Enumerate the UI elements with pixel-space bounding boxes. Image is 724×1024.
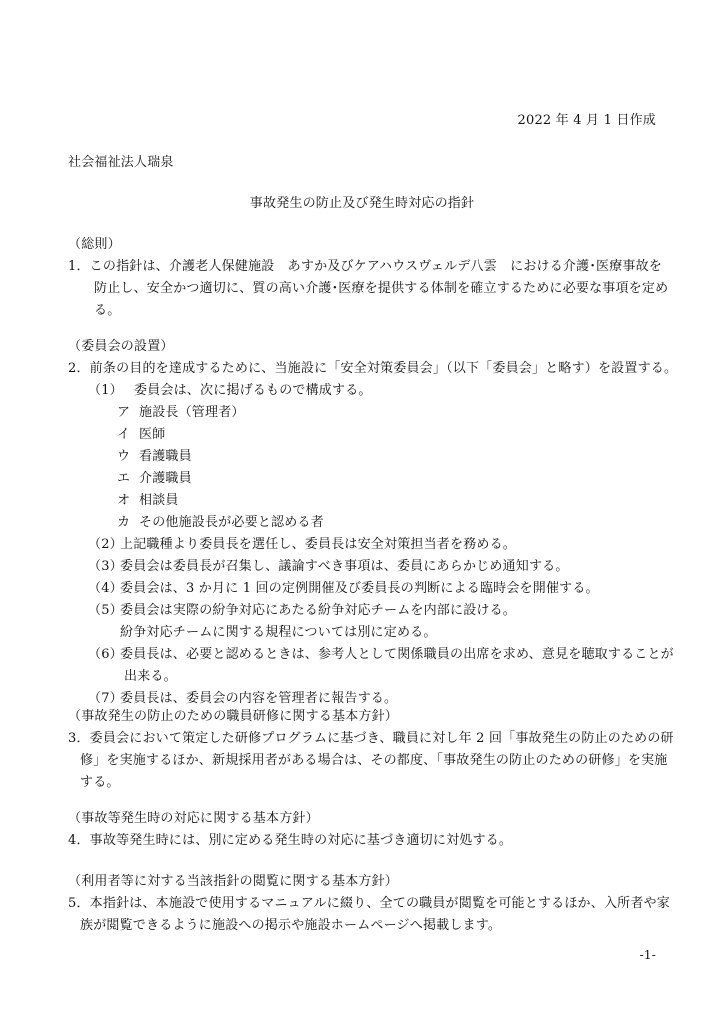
member-mark: イ (117, 427, 130, 443)
document-title: 事故発生の防止及び発生時対応の指針 (0, 196, 724, 212)
section-heading: （事故等発生時の対応に関する基本方針） (68, 811, 319, 827)
organization-name: 社会福祉法人瑞泉 (68, 155, 174, 171)
paragraph-line: 族が閲覧できるように施設への掲示や施設ホームページへ掲載します。 (80, 918, 501, 934)
item-label: （6） (88, 647, 123, 663)
member-text: 介護職員 (139, 471, 192, 487)
section-heading: （総則） (68, 237, 121, 253)
paragraph-line: 2．前条の目的を達成するために、当施設に「安全対策委員会」（以下「委員会」と略す… (68, 361, 677, 377)
member-mark: エ (117, 471, 130, 487)
member-mark: ア (117, 405, 130, 421)
paragraph-line: る。 (94, 303, 120, 319)
paragraph-line: 修」を実施するほか、新規採用者がある場合は、その都度、「事故発生の防止のための研… (80, 753, 668, 769)
item-text: 委員会は、3 か月に 1 回の定例開催及び委員長の判断による臨時会を開催する。 (120, 581, 599, 597)
member-mark: カ (117, 515, 130, 531)
member-mark: オ (117, 493, 130, 509)
member-text: 相談員 (139, 493, 179, 509)
member-mark: ウ (117, 449, 130, 465)
paragraph-line: 1．この指針は、介護老人保健施設 あすか及びケアハウスヴェルデ八雲 における介護… (68, 259, 662, 275)
paragraph-line: 防止し、安全かつ適切に、質の高い介護･医療を提供する体制を確立するために必要な事… (94, 281, 668, 297)
item-text: 委員会は、次に掲げるもので構成する。 (134, 383, 372, 399)
section-heading: （事故発生の防止のための職員研修に関する基本方針） (68, 709, 398, 725)
item-continuation: 出来る。 (124, 669, 177, 685)
item-text: 上記職種より委員長を選任し、委員長は安全対策担当者を務める。 (120, 537, 516, 553)
member-text: その他施設長が必要と認める者 (139, 515, 324, 531)
item-label: （4） (88, 581, 123, 597)
member-text: 看護職員 (139, 449, 192, 465)
item-text: 委員会は委員長が召集し、議論すべき事項は、委員にあらかじめ通知する。 (120, 559, 569, 575)
paragraph-line: する。 (80, 775, 120, 791)
item-text: 委員長は、委員会の内容を管理者に報告する。 (120, 691, 397, 707)
section-heading: （利用者等に対する当該指針の閲覧に関する基本方針） (68, 874, 398, 890)
item-continuation: 紛争対応チームに関する規程については別に定める。 (120, 625, 437, 641)
item-label: （3） (88, 559, 123, 575)
item-label: （1） (88, 383, 123, 399)
member-text: 施設長（管理者） (139, 405, 245, 421)
member-text: 医師 (139, 427, 165, 443)
paragraph-line: 3．委員会において策定した研修プログラムに基づき、職員に対し年 2 回「事故発生… (68, 731, 674, 747)
creation-date: 2022 年 4 月 1 日作成 (518, 113, 657, 129)
section-heading: （委員会の設置） (68, 339, 174, 355)
paragraph-line: 5．本指針は、本施設で使用するマニュアルに綴り、全ての職員が閲覧を可能とするほか… (68, 896, 670, 912)
item-text: 委員長は、必要と認めるときは、参考人として関係職員の出席を求め、意見を聴取するこ… (120, 647, 674, 663)
item-label: （7） (88, 691, 123, 707)
page-number: -1- (640, 947, 656, 963)
item-text: 委員会は実際の紛争対応にあたる紛争対応チームを内部に設ける。 (120, 603, 516, 619)
paragraph-line: 4．事故等発生時には、別に定める発生時の対応に基づき適切に対処する。 (68, 833, 512, 849)
item-label: （2） (88, 537, 123, 553)
item-label: （5） (88, 603, 123, 619)
